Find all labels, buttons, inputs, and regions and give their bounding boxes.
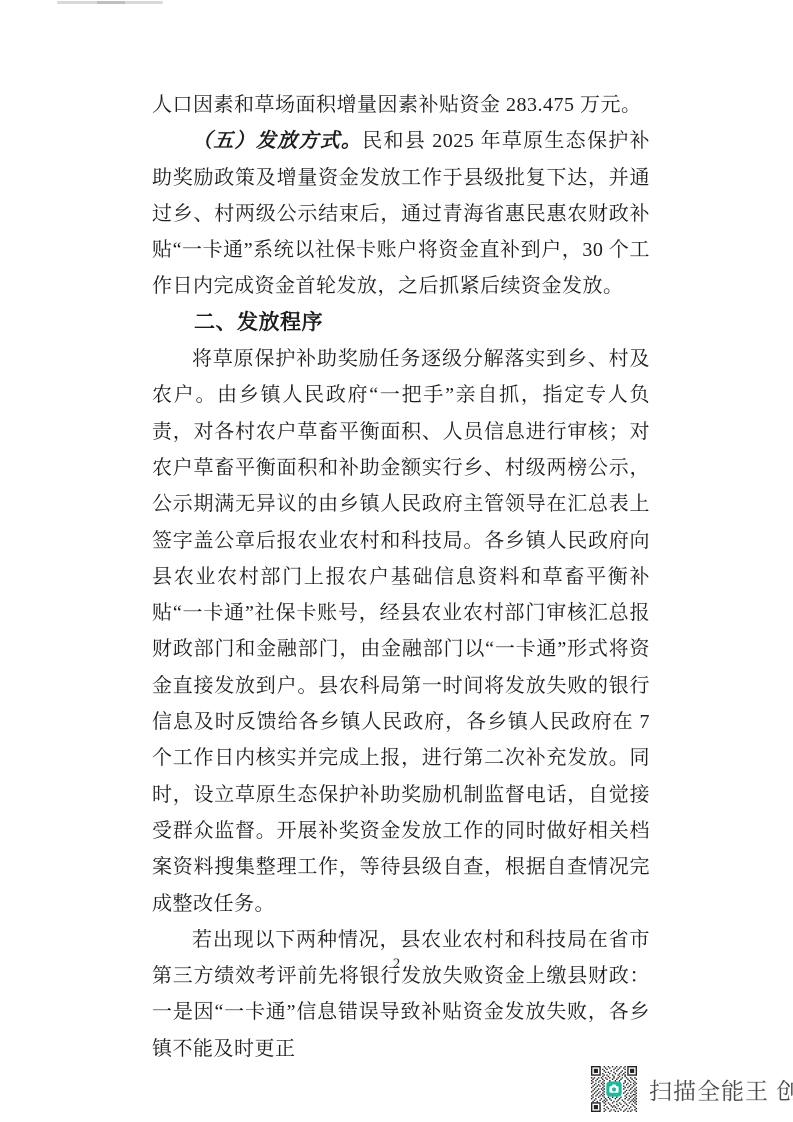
page-number: 2 bbox=[0, 956, 793, 973]
document-page: 人口因素和草场面积增量因素补贴资金 283.475 万元。 （五）发放方式。民和… bbox=[0, 0, 793, 1122]
paragraph-text: 民和县 2025 年草原生态保护补助奖励政策及增量资金发放工作于县级批复下达，并… bbox=[152, 130, 650, 297]
paragraph-issuance-method: （五）发放方式。民和县 2025 年草原生态保护补助奖励政策及增量资金发放工作于… bbox=[152, 123, 650, 304]
paragraph-procedure: 将草原保护补助奖励任务逐级分解落实到乡、村及农户。由乡镇人民政府“一把手”亲自抓… bbox=[152, 341, 650, 922]
section-heading-procedure: 二、发放程序 bbox=[152, 305, 650, 341]
camscanner-stamp: 扫描全能王 创建 bbox=[591, 1066, 793, 1112]
paragraph-continuation: 人口因素和草场面积增量因素补贴资金 283.475 万元。 bbox=[152, 87, 650, 123]
scan-artifact-line bbox=[57, 1, 163, 4]
paragraph-two-cases: 若出现以下两种情况，县农业农村和科技局在省市第三方绩效考评前先将银行发放失败资金… bbox=[152, 922, 650, 1067]
paragraph-lead-bold: （五）发放方式。 bbox=[192, 130, 362, 152]
camscanner-label: 扫描全能王 创建 bbox=[649, 1073, 793, 1106]
document-body: 人口因素和草场面积增量因素补贴资金 283.475 万元。 （五）发放方式。民和… bbox=[152, 87, 650, 1067]
qr-code-icon bbox=[591, 1066, 637, 1112]
